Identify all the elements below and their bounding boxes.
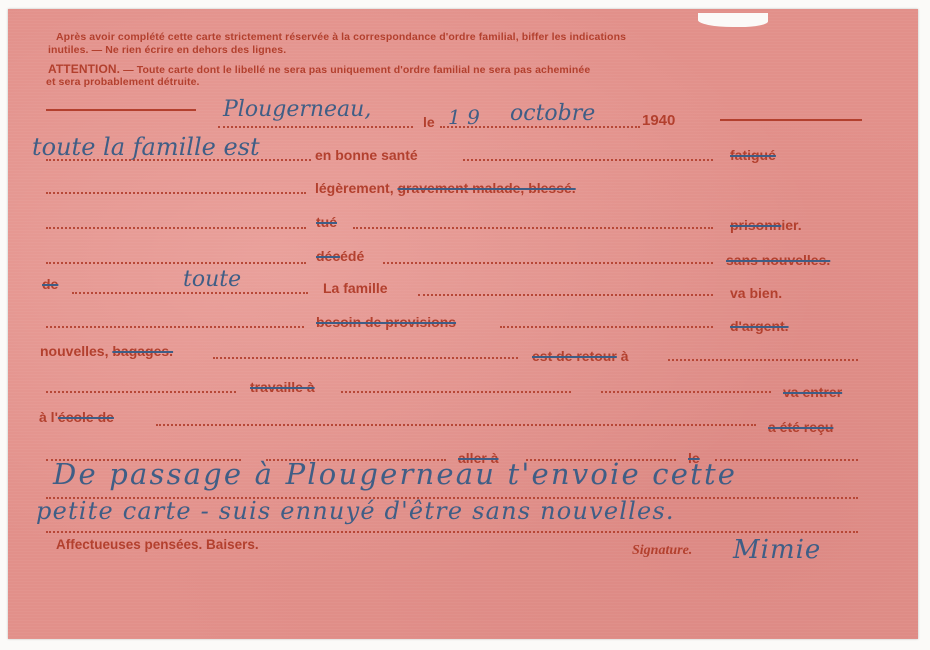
divider-left xyxy=(46,109,196,111)
besoin-de-provisions-struck: besoin de provisions xyxy=(316,314,456,330)
de-struck: de xyxy=(42,276,58,292)
place-handwritten: Plougerneau, xyxy=(223,97,371,122)
la-famille: La famille xyxy=(323,280,388,296)
a-l-ecole-de: à l'école de xyxy=(39,409,114,425)
d-argent-struck: d'argent. xyxy=(730,318,789,334)
tue-struck: tué xyxy=(316,214,337,230)
instructions-line-2: inutiles. — Ne rien écrire en dehors des… xyxy=(48,44,286,56)
attention-text: — Toute carte dont le libellé ne sera pa… xyxy=(120,64,590,76)
closing-text: Affectueuses pensées. Baisers. xyxy=(56,537,259,552)
legerement-text: légèrement, xyxy=(315,180,394,196)
nouvelles-bagages: nouvelles, bagages. xyxy=(40,343,173,359)
prisonnier-struck: prisonn xyxy=(730,217,781,233)
attention-line-2: et sera probablement détruite. xyxy=(46,76,200,88)
field-row6-left[interactable] xyxy=(46,326,304,328)
est-de-retour-struck: est de retour xyxy=(532,348,617,364)
field-row8-left[interactable] xyxy=(46,391,236,393)
decede-struck: déc xyxy=(316,248,340,264)
decede: décédé xyxy=(316,248,364,264)
decede-rest: édé xyxy=(340,248,364,264)
legerement: légèrement, gravement malade, blessé. xyxy=(315,180,576,196)
message-line-2[interactable] xyxy=(46,531,858,533)
attention-label: ATTENTION. xyxy=(48,62,120,76)
field-row2-left[interactable] xyxy=(46,192,306,194)
nouvelles-text: nouvelles, xyxy=(40,343,108,359)
signature-label: Signature. xyxy=(632,543,692,559)
field-row4-left[interactable] xyxy=(46,262,306,264)
year: 1940 xyxy=(642,112,675,129)
postcard: Après avoir complété cette carte stricte… xyxy=(8,9,918,639)
en-bonne-sante: en bonne santé xyxy=(315,147,418,163)
message-handwritten-1: De passage à Plougerneau t'envoie cette xyxy=(53,457,737,491)
field-row5-right[interactable] xyxy=(418,294,713,296)
field-row5-left[interactable] xyxy=(72,292,308,294)
est-de-retour: est de retour à xyxy=(532,348,629,364)
field-row3-left[interactable] xyxy=(46,227,306,229)
va-entrer-struck: va entrer xyxy=(783,384,842,400)
toute-handwritten: toute xyxy=(183,267,241,292)
a-text: à xyxy=(621,348,629,364)
field-row8-mid[interactable] xyxy=(341,391,571,393)
field-row7-left[interactable] xyxy=(213,357,518,359)
field-row9[interactable] xyxy=(156,424,756,426)
field-row7-right[interactable] xyxy=(668,359,858,361)
bagages-struck: bagages. xyxy=(112,343,173,359)
le-label: le xyxy=(423,114,435,130)
travaille-a-struck: travaille à xyxy=(250,379,315,395)
gravement-malade-struck: gravement malade, blessé. xyxy=(397,180,575,196)
instructions-line-1: Après avoir complété cette carte stricte… xyxy=(56,31,626,43)
field-row8-right[interactable] xyxy=(601,391,771,393)
month-handwritten: octobre xyxy=(510,101,595,126)
day-handwritten: 1 9 xyxy=(448,105,480,129)
field-row3-right[interactable] xyxy=(353,227,713,229)
va-bien: va bien. xyxy=(730,285,782,301)
a-ete-recu-struck: a été reçu xyxy=(768,419,833,435)
place-field[interactable] xyxy=(218,126,413,128)
field-row6-right[interactable] xyxy=(500,326,713,328)
row1-handwritten: toute la famille est xyxy=(32,133,260,161)
signature-handwritten: Mimie xyxy=(733,535,821,565)
message-handwritten-2: petite carte - suis ennuyé d'être sans n… xyxy=(36,497,675,525)
prisonnier-rest: ier. xyxy=(781,217,801,233)
a-l-text: à l' xyxy=(39,409,58,425)
field-row1-right[interactable] xyxy=(463,159,713,161)
attention-notice: ATTENTION. — Toute carte dont le libellé… xyxy=(48,62,590,76)
field-row4-right[interactable] xyxy=(383,262,713,264)
ecole-de-struck: école de xyxy=(58,409,114,425)
prisonnier: prisonnier. xyxy=(730,217,802,233)
divider-right xyxy=(720,119,862,121)
sans-nouvelles-struck: sans nouvelles. xyxy=(726,252,830,268)
fatigue-struck: fatigué xyxy=(730,147,776,163)
torn-edge xyxy=(698,13,768,27)
